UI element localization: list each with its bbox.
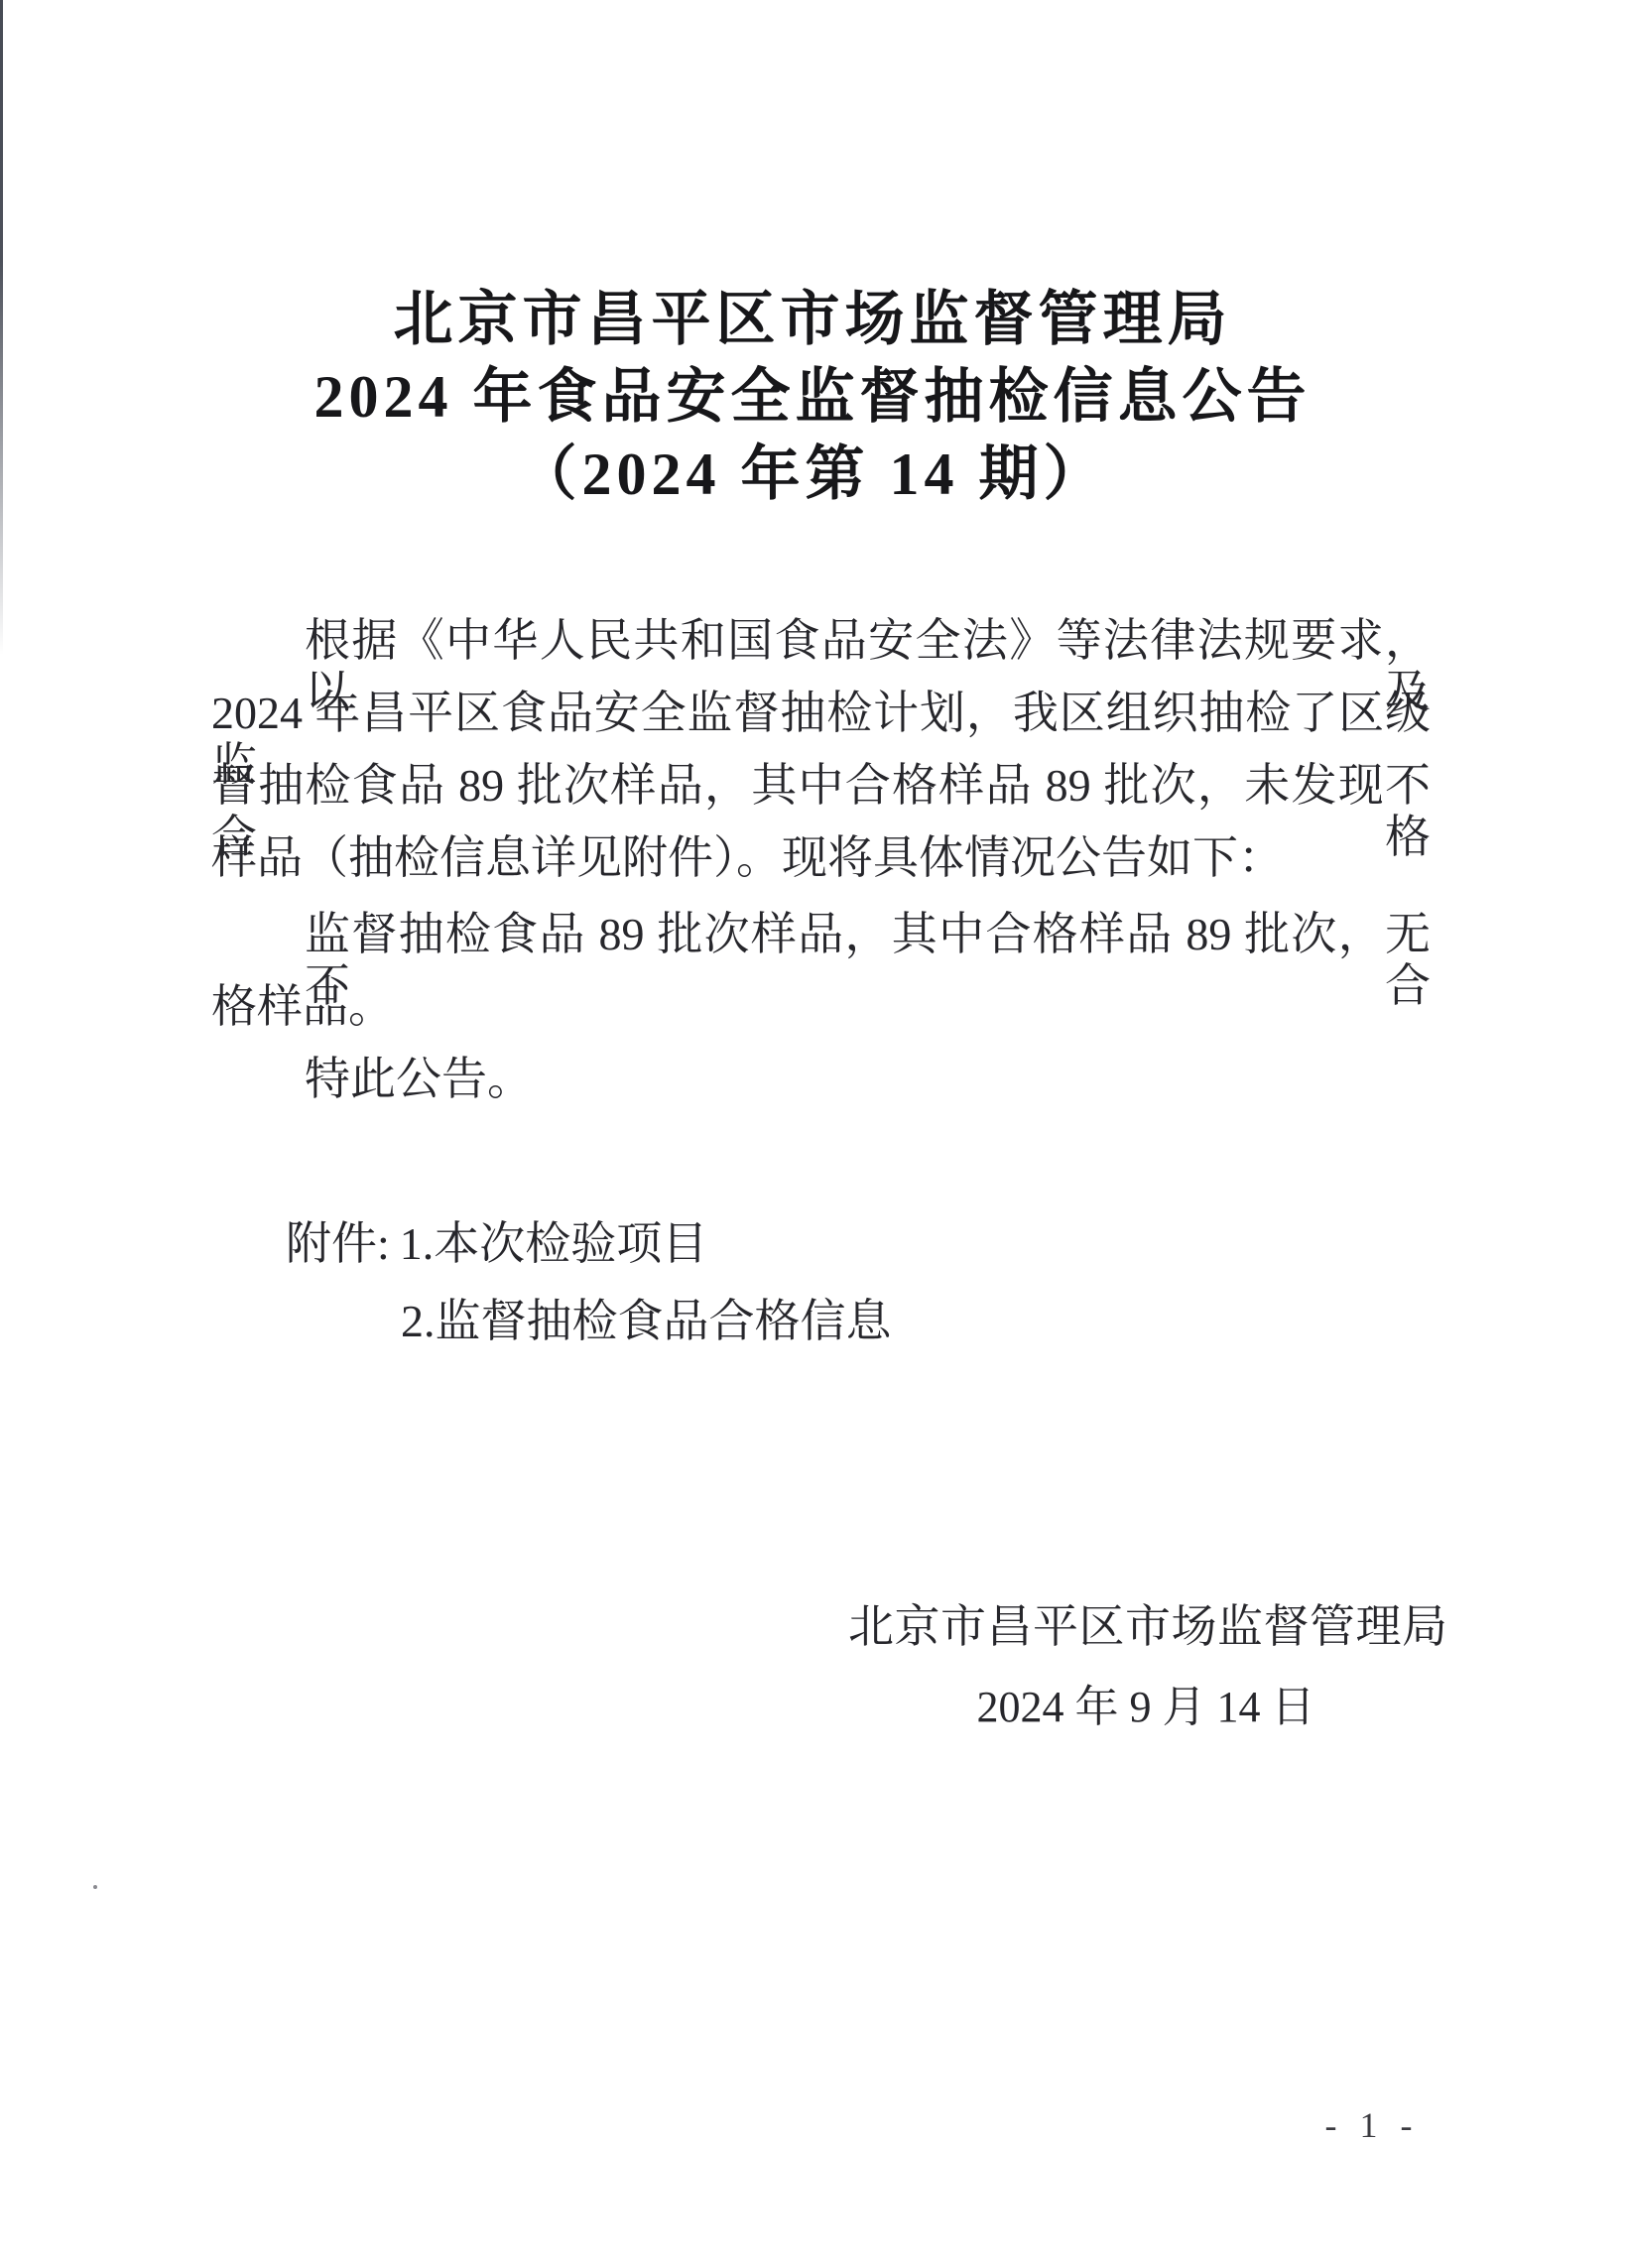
document-title-line-2: 2024 年食品安全监督抽检信息公告 [0,366,1625,428]
signature-date: 2024 年 9 月 14 日 [848,1683,1443,1732]
signature-org: 北京市昌平区市场监督管理局 [848,1601,1443,1653]
attachment-item-2: 2.监督抽检食品合格信息 [401,1296,892,1347]
document-page: 北京市昌平区市场监督管理局 2024 年食品安全监督抽检信息公告 （2024 年… [0,0,1625,2268]
body-line: 特此公告。 [305,1054,533,1105]
document-title-line-3: （2024 年第 14 期） [0,443,1625,505]
body-line: 监督抽检食品 89 批次样品，其中合格样品 89 批次，无不合 [305,909,1431,1012]
attachment-label: 附件: [286,1218,390,1270]
document-title-line-1: 北京市昌平区市场监督管理局 [0,289,1625,350]
attachment-row: 附件: 1.本次检验项目 [286,1218,707,1270]
body-line: 格样品。 [211,981,394,1033]
attachment-row: 2.监督抽检食品合格信息 [401,1296,892,1347]
body-line: 样品（抽检信息详见附件）。现将具体情况公告如下： [211,832,1284,884]
scan-speck-artifact [93,1885,97,1889]
attachment-item-1: 1.本次检验项目 [400,1218,708,1270]
page-number: - 1 - [1308,2105,1437,2145]
